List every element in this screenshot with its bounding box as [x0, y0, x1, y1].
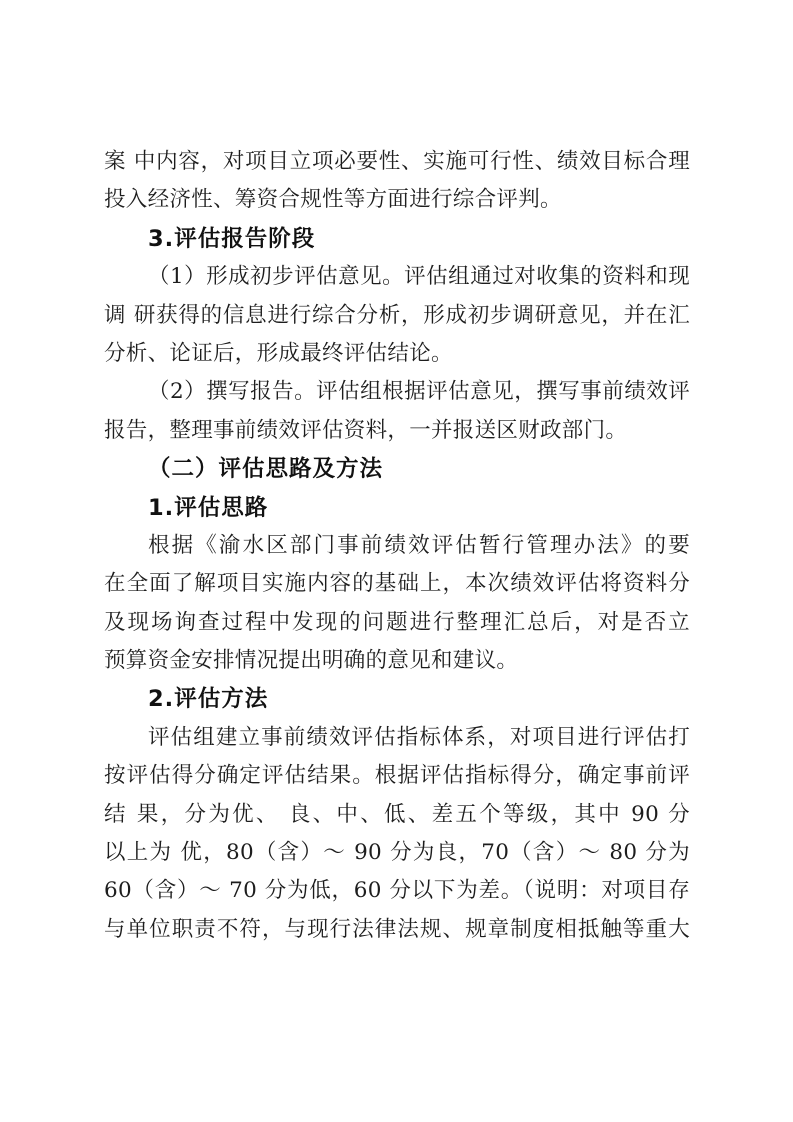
text-line: （1）形成初步评估意见。评估组通过对收集的资料和现场: [104, 258, 690, 296]
heading-line: 1.评估思路: [104, 489, 690, 527]
document-body: 案 中内容，对项目立项必要性、实施可行性、绩效目标合理性、投入经济性、筹资合规性…: [104, 143, 690, 949]
text-line: 60（含）～ 70 分为低，60 分以下为差。（说明：对项目存在: [104, 872, 690, 910]
text-line: 及现场询查过程中发现的问题进行整理汇总后，对是否立项、: [104, 604, 690, 642]
heading-line: 2.评估方法: [104, 680, 690, 718]
text-line: （2）撰写报告。评估组根据评估意见，撰写事前绩效评估: [104, 373, 690, 411]
text-line: 在全面了解项目实施内容的基础上，本次绩效评估将资料分析: [104, 565, 690, 603]
text-line: 根据《渝水区部门事前绩效评估暂行管理办法》的要求，: [104, 527, 690, 565]
text-line: 分析、论证后，形成最终评估结论。: [104, 335, 690, 373]
text-line: 报告，整理事前绩效评估资料，一并报送区财政部门。: [104, 412, 690, 450]
text-line: 以上为 优，80（含）～ 90 分为良，70（含）～ 80 分为中，: [104, 834, 690, 872]
heading-line: 3.评估报告阶段: [104, 220, 690, 258]
text-line: 案 中内容，对项目立项必要性、实施可行性、绩效目标合理性、: [104, 143, 690, 181]
text-line: 预算资金安排情况提出明确的意见和建议。: [104, 642, 690, 680]
heading-line: （二）评估思路及方法: [104, 450, 690, 488]
text-line: 评估组建立事前绩效评估指标体系，对项目进行评估打分，: [104, 719, 690, 757]
text-line: 与单位职责不符，与现行法律法规、规章制度相抵触等重大缺陷: [104, 911, 690, 949]
text-line: 结 果，分为优、 良、中、低、差五个等级，其中 90 分（含）: [104, 796, 690, 834]
document-page: 案 中内容，对项目立项必要性、实施可行性、绩效目标合理性、投入经济性、筹资合规性…: [0, 0, 793, 1122]
text-line: 投入经济性、筹资合规性等方面进行综合评判。: [104, 181, 690, 219]
text-line: 调 研获得的信息进行综合分析，形成初步调研意见，并在汇总: [104, 297, 690, 335]
text-line: 按评估得分确定评估结果。根据评估指标得分，确定事前评估: [104, 757, 690, 795]
